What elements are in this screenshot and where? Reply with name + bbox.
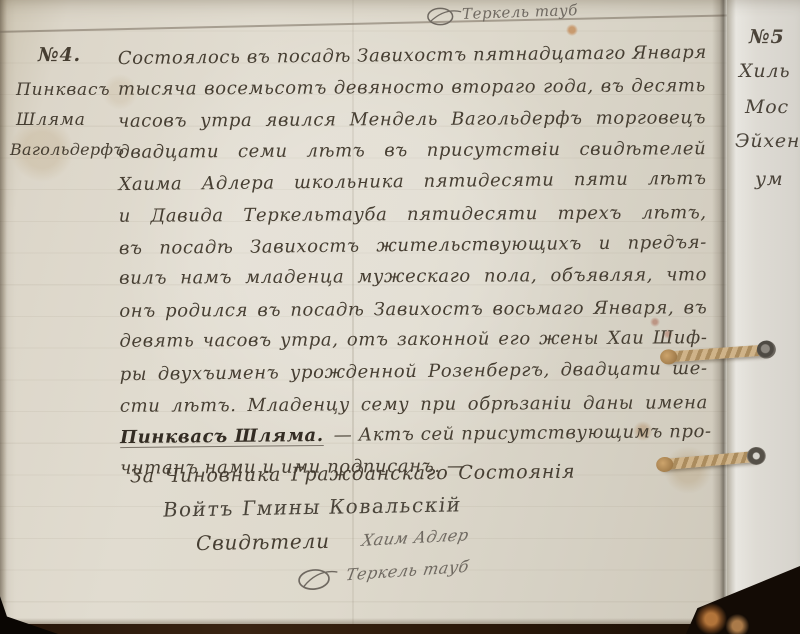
witnesses-label: Свидѣтели (196, 529, 330, 555)
record-body: Состоялось въ посадѣ Завихостъ пятнадцат… (118, 38, 709, 484)
flourish-icon (296, 565, 342, 593)
child-names-emphasis: Пинквасъ Шляма. (120, 420, 324, 454)
record-names-line-rest: — Актъ сей присутствующимъ про- (333, 416, 711, 452)
page-left-edge (0, 0, 7, 628)
witness-signature-adler: Хаим Адлер (360, 525, 470, 550)
witness-signature-terkeltaub: Теркель тауб (344, 557, 470, 585)
next-record-fragment: ум (755, 168, 783, 190)
record-text-line: въ посадѣ Завихостъ жительствующихъ и пр… (119, 226, 707, 264)
official-title-line: За Чиновника Гражданскаго Состоянія (130, 461, 576, 488)
record-text-line: тысяча восемьсотъ девяносто втораго года… (118, 70, 706, 105)
record-text-line: девять часовъ утра, отъ законной его жен… (119, 323, 707, 358)
next-page-edge: №5 Хиль Мос Эйхен ум (727, 0, 800, 600)
record-text-line: часовъ утра явился Мендель Вагольдерфъ т… (118, 102, 706, 137)
register-page: Теркель тауб №4. Пинквасъ Шляма Вагольде… (0, 0, 727, 628)
next-record-fragment: Мос (745, 96, 789, 118)
desk-surface (0, 624, 800, 634)
record-text-line: ры двухъименъ урожденной Розенбергъ, два… (120, 353, 708, 391)
record-number: №4. (38, 44, 81, 66)
next-record-fragment: Эйхен (735, 130, 800, 152)
record-text-line: Хаима Адлера школьника пятидесяти пяти л… (118, 163, 706, 201)
document-photo: Теркель тауб №4. Пинквасъ Шляма Вагольде… (0, 0, 800, 634)
record-text-line: вилъ намъ младенца мужескаго пола, объяв… (119, 259, 707, 294)
next-record-number: №5 (749, 26, 784, 48)
ruled-line-top (0, 13, 800, 33)
margin-name-2: Шляма (16, 110, 86, 130)
margin-name-3: Вагольдерфъ (10, 140, 124, 159)
record-text-line: Состоялось въ посадѣ Завихостъ пятнадцат… (118, 37, 706, 75)
margin-name-1: Пинквасъ (16, 80, 110, 100)
next-record-fragment: Хиль (739, 60, 790, 82)
record-text-line: онъ родился въ посадѣ Завихостъ восьмаго… (119, 292, 707, 327)
flourish-icon (426, 6, 464, 27)
record-names-line: Пинквасъ Шляма. — Актъ сей присутствующи… (120, 416, 708, 454)
official-signature: Войтъ Гмины Ковальскій (162, 492, 464, 521)
